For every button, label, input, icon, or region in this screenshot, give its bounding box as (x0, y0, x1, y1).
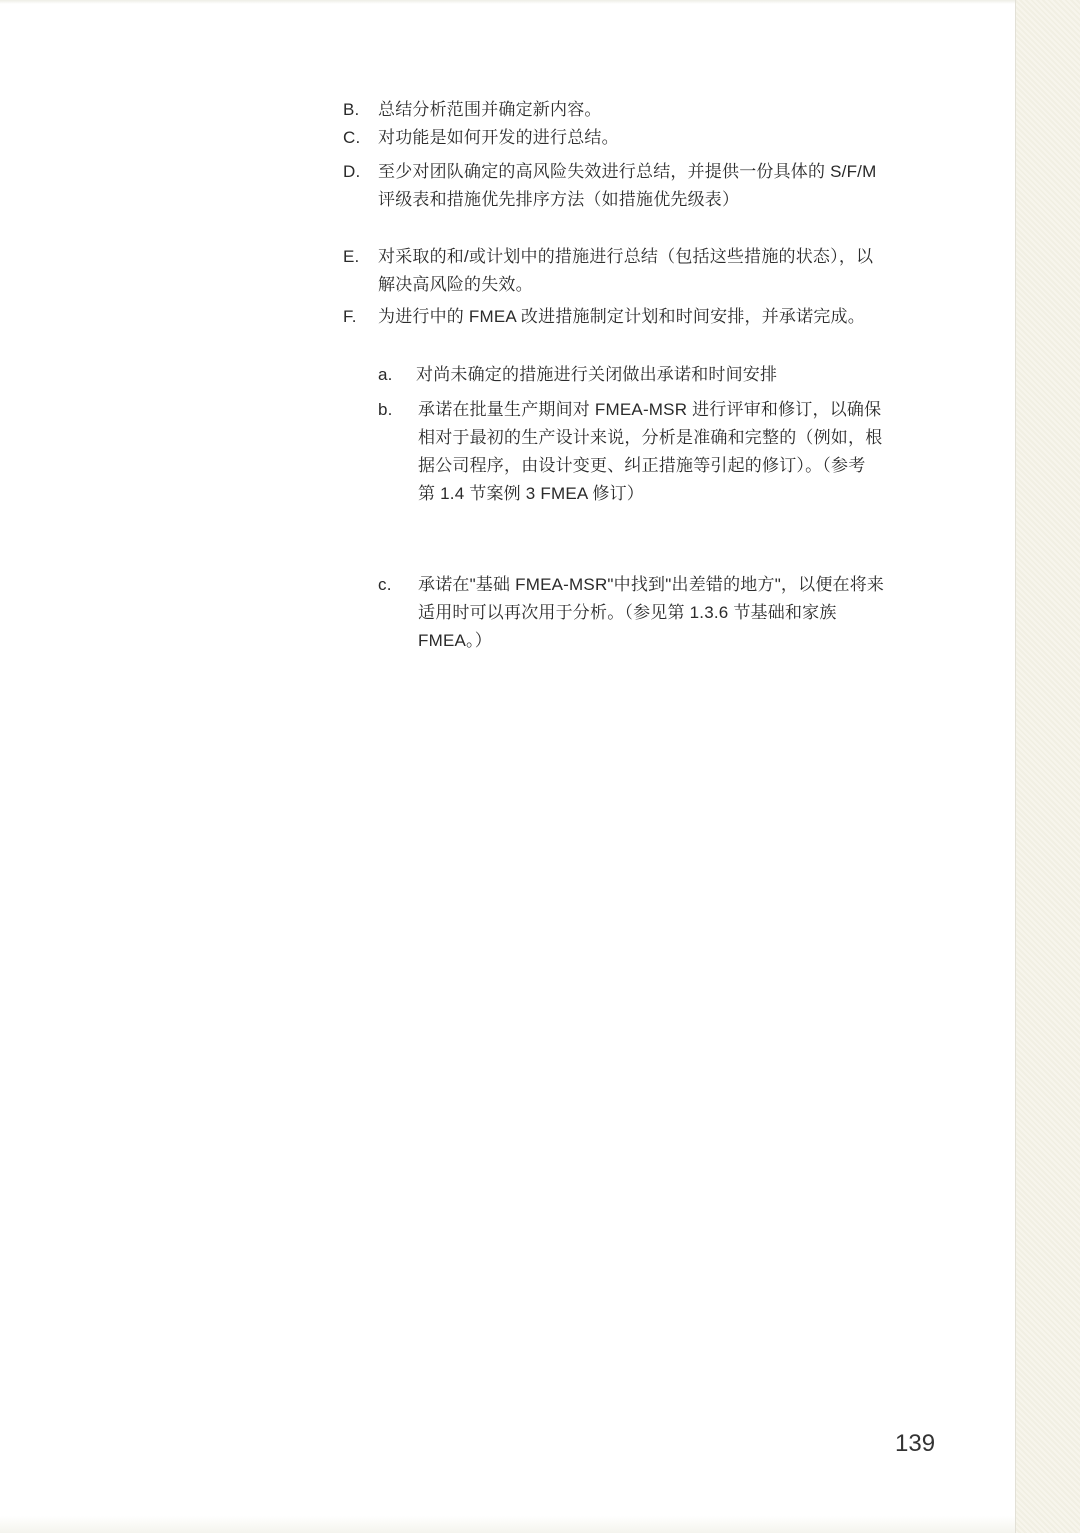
sub-item-a: a. 对尚未确定的措施进行关闭做出承诺和时间安排 (378, 361, 938, 389)
list-item-text: 为进行中的 FMEA 改进措施制定计划和时间安排，并承诺完成。 (378, 303, 865, 331)
page-bottom-edge (0, 1516, 1015, 1533)
list-item-text: 至少对团队确定的高风险失效进行总结，并提供一份具体的 S/F/M 评级表和措施优… (378, 158, 876, 214)
list-item-text: 承诺在批量生产期间对 FMEA-MSR 进行评审和修订，以确保 相对于最初的生产… (418, 396, 882, 508)
adjacent-page-edge (1016, 0, 1080, 1533)
list-marker: E. (343, 243, 359, 271)
list-item-text: 总结分析范围并确定新内容。 (378, 96, 602, 124)
list-item-text: 对功能是如何开发的进行总结。 (378, 124, 619, 152)
list-marker: C. (343, 124, 360, 152)
list-item-d: D. 至少对团队确定的高风险失效进行总结，并提供一份具体的 S/F/M 评级表和… (343, 158, 943, 214)
sub-item-c: c. 承诺在"基础 FMEA-MSR"中找到"出差错的地方"，以便在将来 适用时… (378, 571, 938, 655)
list-marker: F. (343, 303, 357, 331)
sub-item-b: b. 承诺在批量生产期间对 FMEA-MSR 进行评审和修订，以确保 相对于最初… (378, 396, 938, 508)
list-item-e: E. 对采取的和/或计划中的措施进行总结（包括这些措施的状态），以 解决高风险的… (343, 243, 943, 299)
list-item-text: 对尚未确定的措施进行关闭做出承诺和时间安排 (416, 361, 777, 389)
list-item-text: 对采取的和/或计划中的措施进行总结（包括这些措施的状态），以 解决高风险的失效。 (378, 243, 873, 299)
list-item-f: F. 为进行中的 FMEA 改进措施制定计划和时间安排，并承诺完成。 (343, 303, 943, 331)
list-item-text: 承诺在"基础 FMEA-MSR"中找到"出差错的地方"，以便在将来 适用时可以再… (418, 571, 884, 655)
document-page: B. 总结分析范围并确定新内容。 C. 对功能是如何开发的进行总结。 D. 至少… (0, 0, 1016, 1533)
list-item-c: C. 对功能是如何开发的进行总结。 (343, 124, 943, 152)
page-number: 139 (895, 1430, 935, 1458)
page-top-edge (0, 0, 1015, 4)
list-marker: D. (343, 158, 360, 186)
list-marker: c. (378, 571, 392, 599)
list-marker: a. (378, 361, 393, 389)
list-item-b: B. 总结分析范围并确定新内容。 (343, 96, 943, 124)
list-marker: b. (378, 396, 393, 424)
list-marker: B. (343, 96, 359, 124)
